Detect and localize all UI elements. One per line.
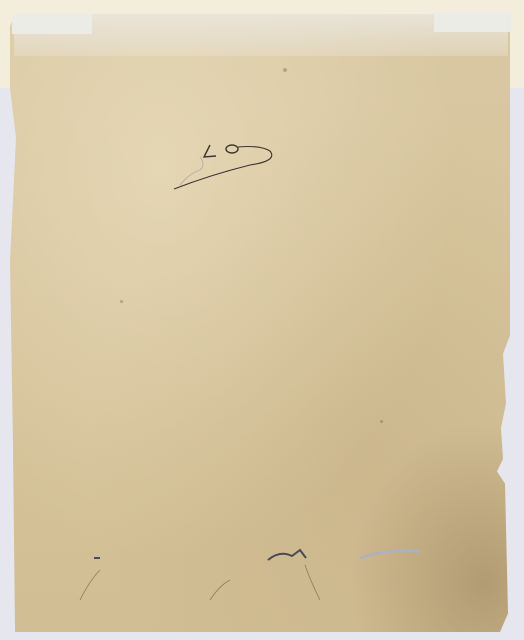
handwritten-pencil-note — [170, 125, 290, 195]
ink-marks-and-cracks — [60, 540, 460, 600]
paper-speck — [380, 420, 383, 423]
paper-speck — [283, 68, 287, 72]
tape-corner-right — [434, 12, 512, 32]
tape-corner-left — [12, 14, 92, 34]
paper-speck — [120, 300, 123, 303]
